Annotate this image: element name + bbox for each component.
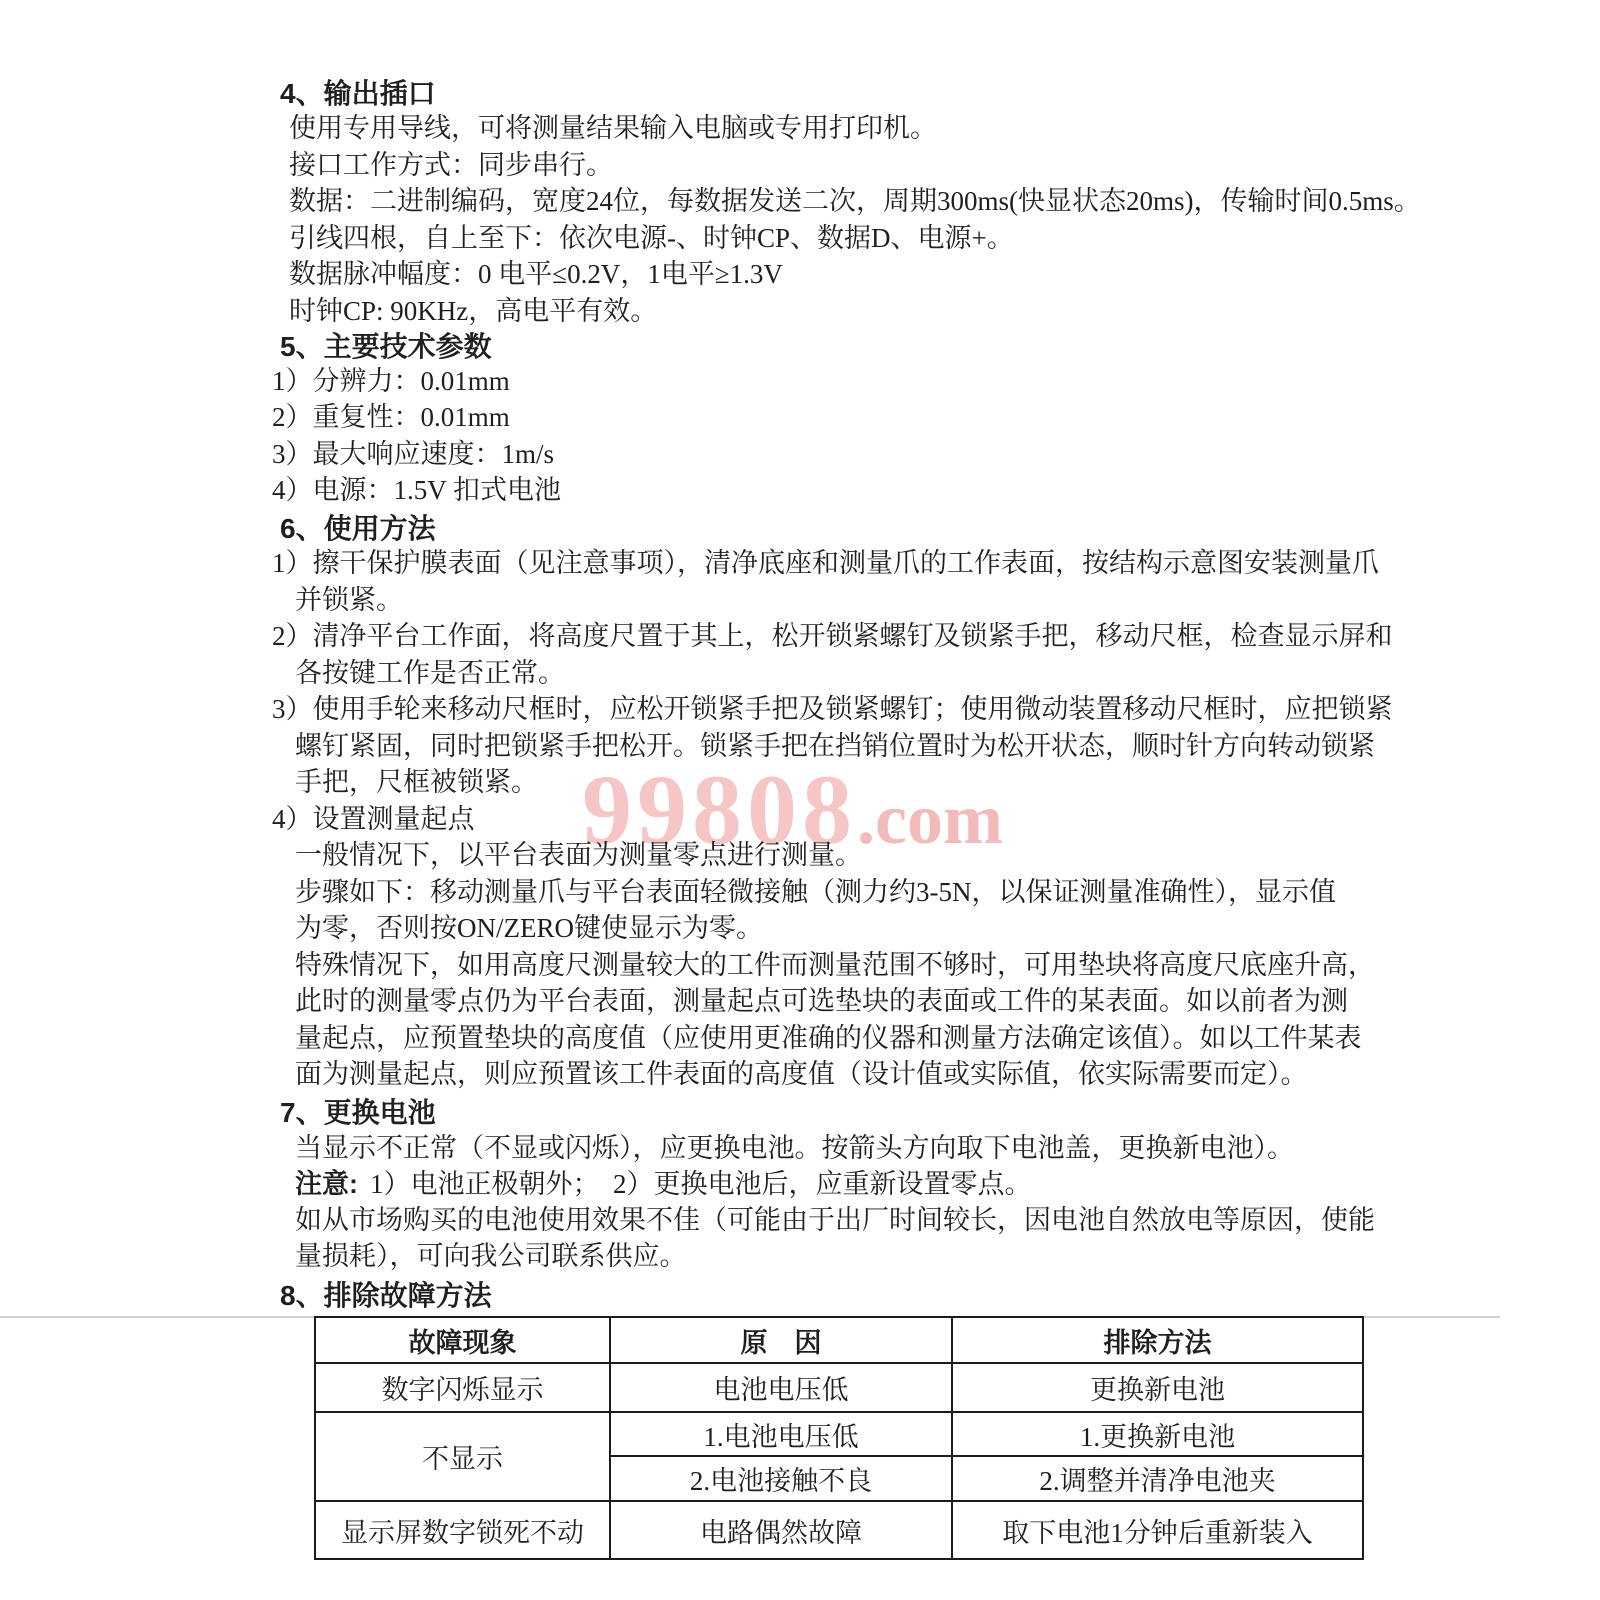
text-line: 时钟CP: 90KHz，高电平有效。 [272,293,1462,330]
note-text: 1）电池正极朝外； 2）更换电池后，应重新设置零点。 [370,1169,1032,1199]
section-7-heading: 7、更换电池 [272,1095,1462,1130]
text-line: 如从市场购买的电池使用效果不佳（可能由于出厂时间较长，因电池自然放电等原因，使能 [272,1202,1462,1238]
table-cell-symptom: 显示屏数字锁死不动 [315,1501,610,1559]
table-cell-cause: 电池电压低 [610,1363,952,1412]
document-body: 4、输出插口 使用专用导线，可将测量结果输入电脑或专用打印机。 接口工作方式：同… [272,78,1462,1315]
section-6-heading: 6、使用方法 [272,513,1462,545]
troubleshooting-table: 故障现象 原 因 排除方法 数字闪烁显示 电池电压低 更换新电池 不显示 1.电… [314,1316,1364,1560]
table-header-cause: 原 因 [610,1317,952,1363]
note-label: 注意: [295,1169,358,1199]
text-line: 1）擦干保护膜表面（见注意事项），清净底座和测量爪的工作表面，按结构示意图安装测… [272,545,1462,582]
text-line: 特殊情况下，如用高度尺测量较大的工件而测量范围不够时，可用垫块将高度尺底座升高， [272,947,1462,984]
table-row: 不显示 1.电池电压低 1.更换新电池 [315,1412,1363,1456]
section-5-heading: 5、主要技术参数 [272,330,1462,363]
scanned-manual-page: 99808.com 4、输出插口 使用专用导线，可将测量结果输入电脑或专用打印机… [0,0,1600,1600]
table-header-symptom: 故障现象 [315,1317,610,1363]
table-row: 显示屏数字锁死不动 电路偶然故障 取下电池1分钟后重新装入 [315,1501,1363,1559]
table-cell-symptom: 不显示 [315,1412,610,1501]
section-8-heading: 8、排除故障方法 [272,1277,1462,1315]
table-cell-cause: 1.电池电压低 [610,1412,952,1456]
text-line: 面为测量起点，则应预置该工件表面的高度值（设计值或实际值，依实际需要而定）。 [272,1056,1462,1093]
table-cell-cause: 电路偶然故障 [610,1501,952,1559]
table-cell-remedy: 更换新电池 [952,1363,1363,1412]
table-cell-remedy: 取下电池1分钟后重新装入 [952,1501,1363,1559]
table-cell-remedy: 2.调整并清净电池夹 [952,1456,1363,1501]
text-line: 3）使用手轮来移动尺框时，应松开锁紧手把及锁紧螺钉；使用微动装置移动尺框时，应把… [272,691,1462,728]
text-line: 一般情况下，以平台表面为测量零点进行测量。 [272,837,1462,874]
text-line: 数据脉冲幅度：0 电平≤0.2V，1电平≥1.3V [272,256,1462,293]
text-line: 量起点，应预置垫块的高度值（应使用更准确的仪器和测量方法确定该值）。如以工件某表 [272,1020,1462,1057]
text-line: 数据：二进制编码，宽度24位，每数据发送二次，周期300ms(快显状态20ms)… [272,183,1462,220]
spec-item: 1）分辨力：0.01mm [272,363,1462,399]
table-cell-remedy: 1.更换新电池 [952,1412,1363,1456]
text-line: 各按键工作是否正常。 [272,655,1462,692]
text-line: 步骤如下：移动测量爪与平台表面轻微接触（测力约3-5N，以保证测量准确性），显示… [272,874,1462,911]
text-line: 手把，尺框被锁紧。 [272,764,1462,801]
text-line: 此时的测量零点仍为平台表面，测量起点可选垫块的表面或工件的某表面。如以前者为测 [272,983,1462,1020]
text-line: 并锁紧。 [272,582,1462,619]
table-row: 数字闪烁显示 电池电压低 更换新电池 [315,1363,1363,1412]
text-line: 接口工作方式：同步串行。 [272,147,1462,184]
table-header-row: 故障现象 原 因 排除方法 [315,1317,1363,1363]
text-line: 使用专用导线，可将测量结果输入电脑或专用打印机。 [272,110,1462,147]
table-cell-cause: 2.电池接触不良 [610,1456,952,1501]
text-line: 螺钉紧固，同时把锁紧手把松开。锁紧手把在挡销位置时为松开状态，顺时针方向转动锁紧 [272,728,1462,765]
spec-item: 3）最大响应速度：1m/s [272,436,1462,472]
text-line: 量损耗），可向我公司联系供应。 [272,1238,1462,1274]
spec-item: 2）重复性：0.01mm [272,399,1462,435]
table-header-remedy: 排除方法 [952,1317,1363,1363]
text-line: 为零，否则按ON/ZERO键使显示为零。 [272,910,1462,947]
text-line: 2）清净平台工作面，将高度尺置于其上，松开锁紧螺钉及锁紧手把，移动尺框，检查显示… [272,618,1462,655]
text-line: 引线四根，自上至下：依次电源-、时钟CP、数据D、电源+。 [272,220,1462,257]
section-4-heading: 4、输出插口 [272,78,1462,110]
spec-item: 4）电源：1.5V 扣式电池 [272,472,1462,508]
table-cell-symptom: 数字闪烁显示 [315,1363,610,1412]
text-line: 4）设置测量起点 [272,801,1462,838]
text-line: 当显示不正常（不显或闪烁），应更换电池。按箭头方向取下电池盖，更换新电池）。 [272,1130,1462,1166]
note-line: 注意:1）电池正极朝外； 2）更换电池后，应重新设置零点。 [272,1166,1462,1202]
